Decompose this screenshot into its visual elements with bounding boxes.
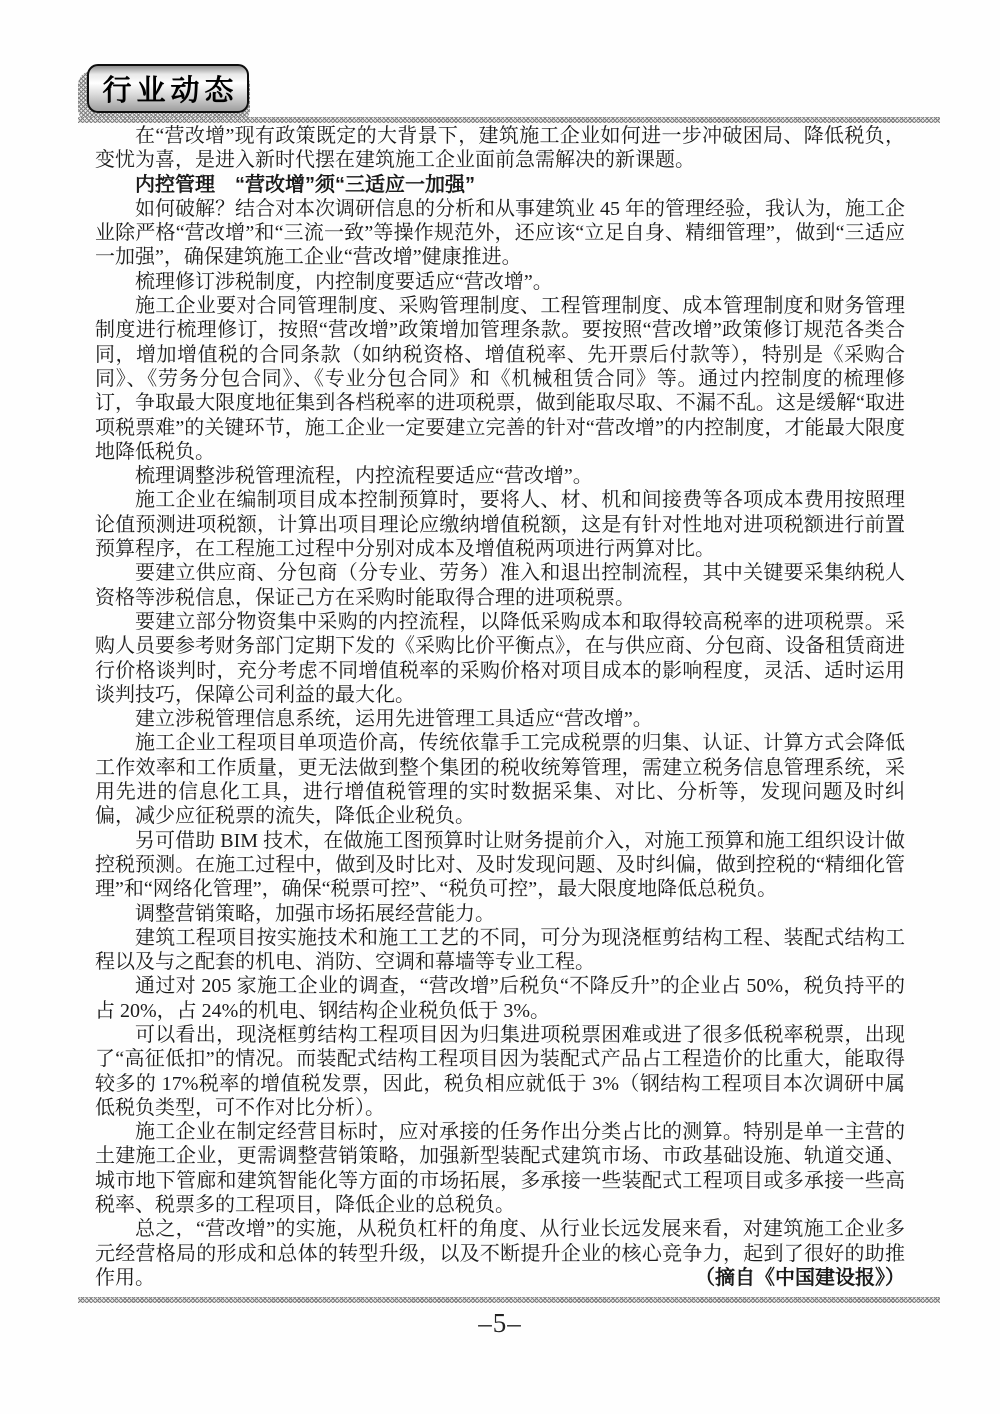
page-number: –5– bbox=[0, 1308, 1000, 1339]
paragraph: 通过对 205 家施工企业的调查，“营改增”后税负“不降反升”的企业占 50%，… bbox=[95, 974, 905, 1023]
section-banner: 行业动态 bbox=[87, 64, 249, 113]
article-body: 在“营改增”现有政策既定的大背景下，建筑施工企业如何进一步冲破困局、降低税负，变… bbox=[95, 124, 905, 1290]
paragraph: 施工企业在编制项目成本控制预算时，要将人、材、机和间接费等各项成本费用按照理论值… bbox=[95, 488, 905, 561]
paragraph: 如何破解？结合对本次调研信息的分析和从事建筑业 45 年的管理经验，我认为，施工… bbox=[95, 197, 905, 270]
source-attribution: （摘自《中国建设报》） bbox=[655, 1266, 905, 1290]
paragraph: 总之，“营改增”的实施，从税负杠杆的角度、从行业长远发展来看，对建筑施工企业多元… bbox=[95, 1217, 905, 1290]
paragraph: 可以看出，现浇框剪结构工程项目因为归集进项税票困难或进了很多低税率税票，出现了“… bbox=[95, 1023, 905, 1120]
paragraph: 建立涉税管理信息系统，运用先进管理工具适应“营改增”。 bbox=[95, 707, 905, 731]
paragraph: 建筑工程项目按实施技术和施工工艺的不同，可分为现浇框剪结构工程、装配式结构工程以… bbox=[95, 926, 905, 975]
paragraph: 梳理修订涉税制度，内控制度要适应“营改增”。 bbox=[95, 270, 905, 294]
paragraph: 要建立部分物资集中采购的内控流程，以降低采购成本和取得较高税率的进项税票。采购人… bbox=[95, 610, 905, 707]
paragraph: 施工企业工程项目单项造价高，传统依靠手工完成税票的归集、认证、计算方式会降低工作… bbox=[95, 731, 905, 828]
section-heading: 内控管理 “营改增”须“三适应一加强” bbox=[95, 173, 905, 197]
paragraph: 调整营销策略，加强市场拓展经营能力。 bbox=[95, 902, 905, 926]
top-divider bbox=[78, 117, 940, 123]
document-page: 行业动态 在“营改增”现有政策既定的大背景下，建筑施工企业如何进一步冲破困局、降… bbox=[0, 0, 1000, 1414]
paragraph: 另可借助 BIM 技术，在做施工图预算时让财务提前介入，对施工预算和施工组织设计… bbox=[95, 829, 905, 902]
paragraph: 要建立供应商、分包商（分专业、劳务）准入和退出控制流程，其中关键要采集纳税人资格… bbox=[95, 561, 905, 610]
paragraph: 施工企业要对合同管理制度、采购管理制度、工程管理制度、成本管理制度和财务管理制度… bbox=[95, 294, 905, 464]
paragraph: 在“营改增”现有政策既定的大背景下，建筑施工企业如何进一步冲破困局、降低税负，变… bbox=[95, 124, 905, 173]
paragraph: 梳理调整涉税管理流程，内控流程要适应“营改增”。 bbox=[95, 464, 905, 488]
paragraph: 施工企业在制定经营目标时，应对承接的任务作出分类占比的测算。特别是单一主营的土建… bbox=[95, 1120, 905, 1217]
bottom-divider bbox=[78, 1297, 940, 1303]
